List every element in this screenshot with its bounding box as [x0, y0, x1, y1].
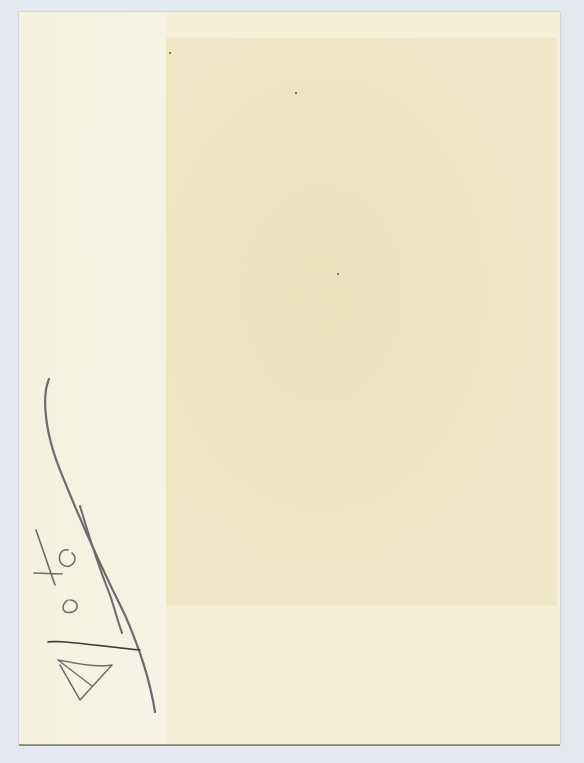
- stain-shading: [166, 38, 557, 606]
- paper-sheet: [19, 12, 560, 745]
- paper-left-margin: [19, 12, 166, 745]
- speck: [337, 273, 339, 275]
- speck: [169, 52, 171, 54]
- speck: [295, 92, 297, 94]
